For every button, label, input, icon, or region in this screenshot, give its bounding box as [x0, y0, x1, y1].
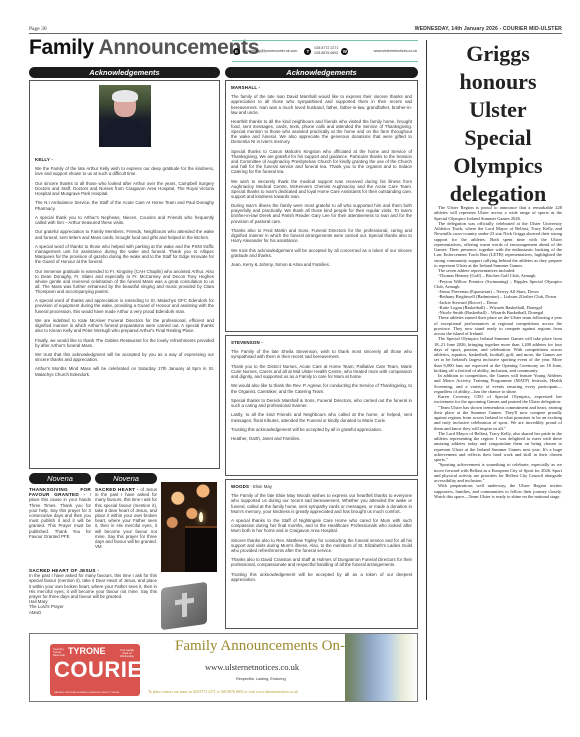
- stevenson-paragraph: Lastly, to all the kind Friends and Neig…: [231, 412, 412, 422]
- story-paragraph: With preparations well underway, the Uls…: [434, 483, 562, 499]
- page-number: Page 30: [29, 26, 47, 32]
- marshall-paragraph: We trust this acknowledgement will be ac…: [231, 248, 412, 258]
- story-paragraph: The Special Olympics Ireland Summer Game…: [434, 336, 562, 373]
- story-body: The Ulster Region is proud to announce t…: [434, 205, 562, 499]
- novena-thanksgiving: THANKSGIVING FOR FAVOUR GRANTED - I plac…: [29, 487, 91, 539]
- tyrone-courier-logo: Covering Tyrone News Hub TYRONE Your wee…: [50, 644, 140, 696]
- woods-subheading: - Elsie May: [249, 484, 272, 489]
- story-paragraph: These athletes earned their place on the…: [434, 315, 562, 336]
- website-link[interactable]: www.ulsternetnotices.co.uk: [374, 49, 417, 53]
- top-rule-left: [29, 33, 320, 34]
- kelly-paragraph: Our sincere thanks to all those who look…: [35, 181, 214, 196]
- logo-tagline: LARGEST CIRCULATION WEEKLY PAPER IN COUN…: [54, 692, 119, 694]
- phone-numbers: 028 8772 2271 028 8676 6692: [314, 46, 338, 55]
- novena-thanksgiving-body: I place this cause in your hands Three T…: [29, 492, 91, 539]
- advert-contact: To place contact our team on 028 8772 22…: [148, 690, 298, 694]
- woods-paragraph: Thanks also to David Cranston and Staff …: [231, 557, 412, 567]
- kelly-paragraph: Arthur's Months Mind Mass will be celebr…: [35, 366, 214, 376]
- stevenson-paragraph: Thank you to the District Nurses, Acute …: [231, 364, 412, 379]
- marshall-notice: MARSHALL - The family of the late Ivan D…: [225, 80, 418, 332]
- story-paragraph: The Lord Mayor of Belfast, Tracy Kelly, …: [434, 431, 562, 463]
- title-family: Family: [29, 36, 94, 59]
- stevenson-paragraph: The Family of the late Sheila Stevenson,…: [231, 349, 412, 359]
- woods-paragraph: The Family of the late Elsie May Woods w…: [231, 493, 412, 513]
- novena-sacred-heart-body: of Jesus in the past I have asked for ma…: [95, 487, 157, 549]
- woods-heading: WOODS: [231, 484, 249, 489]
- kelly-paragraph: We are indebted to Kate McAleer Funeral …: [35, 318, 214, 333]
- story-paragraph: -Bethany Brightwell (Badminton) – Lisbur…: [434, 294, 562, 299]
- kelly-paragraph: Our immense gratitude is extended to Fr.…: [35, 269, 214, 294]
- woods-notice: WOODS - Elsie May The Family of the late…: [225, 479, 418, 629]
- kelly-paragraph: Our grateful appreciation to Family Memb…: [35, 229, 214, 239]
- sacred-heart-prayer-body: In the past I have asked for many favour…: [29, 573, 157, 599]
- advert-photo: [345, 634, 417, 702]
- logo-small-left: Covering Tyrone News Hub: [53, 648, 67, 657]
- email-link[interactable]: advertising@tyronecourier.uk.com: [243, 49, 297, 53]
- web-icon: W: [341, 48, 348, 55]
- stevenson-paragraph: Trusting this acknowledgement will be ac…: [231, 427, 412, 432]
- stevenson-paragraph: Heather, Garth, Janet and Families.: [231, 436, 412, 441]
- story-paragraph: Karen Coventry, CEO of Special Olympics,…: [434, 394, 562, 405]
- kelly-paragraph: A special thank you to Arthur's Nephews,…: [35, 215, 214, 225]
- page-title: Family Announcements: [29, 36, 259, 60]
- stevenson-notice: STEVENSON - The Family of the late Sheil…: [225, 335, 418, 476]
- section-header-acknowledgements-middle: Acknowledgements: [225, 67, 418, 78]
- woods-paragraph: Sincere thanks also to Rev. Matthew Topl…: [231, 538, 412, 553]
- marshall-paragraph: Thanks also to Fred Martin and Sons, Fun…: [231, 228, 412, 243]
- advert-headline: Family Announcements On-line: [175, 638, 367, 655]
- kelly-paragraph: We the Family of the late Arthur Kelly w…: [35, 166, 214, 176]
- story-paragraph: "Team Ulster has shown tremendous commit…: [434, 405, 562, 431]
- email-icon: E: [233, 48, 240, 55]
- marshall-paragraph: Special thanks to Canon Malcolm Kingston…: [231, 149, 412, 174]
- kelly-paragraph: A special word of thanks and appreciatio…: [35, 298, 214, 313]
- kelly-paragraph: We trust that this acknowledgment will b…: [35, 352, 214, 362]
- marshall-heading: MARSHALL -: [231, 85, 412, 90]
- story-paragraph: The delegation was officially celebrated…: [434, 221, 562, 268]
- story-paragraph: In addition to competition, the Games wi…: [434, 373, 562, 394]
- story-headline: Griggs honours Ulster Special Olympics d…: [434, 40, 562, 208]
- logo-courier: COURIER: [54, 657, 159, 683]
- dateline: WEDNESDAY, 14th January 2026 - COURIER M…: [415, 26, 562, 32]
- marshall-paragraph: We wish to sincerely thank the medical s…: [231, 179, 412, 199]
- top-rule-right: [320, 33, 562, 34]
- kelly-paragraph: The N.I Ambulance Service, the Staff of …: [35, 200, 214, 210]
- sacred-heart-prayer: SACRED HEART OF JESUS - In the past I ha…: [29, 568, 157, 615]
- story-paragraph: The Ulster Region is proud to announce t…: [434, 205, 562, 221]
- woods-paragraph: A special thanks to the Staff of Nightin…: [231, 518, 412, 533]
- candle-image: [161, 482, 217, 572]
- kelly-heading: KELLY -: [35, 157, 214, 162]
- portrait-photo: [99, 85, 151, 147]
- column-divider: [426, 40, 427, 700]
- marshall-paragraph: The family of the late Ivan David Marsha…: [231, 94, 412, 114]
- story-paragraph: "Sporting achievement is something to ce…: [434, 462, 562, 483]
- stevenson-heading: STEVENSON -: [231, 340, 412, 345]
- stevenson-paragraph: Special thanks to Dereck Marshall & Sons…: [231, 398, 412, 408]
- advert-url[interactable]: www.ulsternetnotices.co.uk: [205, 662, 299, 672]
- advert-tagline: Respectful, Lasting, Enduring: [236, 677, 286, 681]
- bible-icon: [161, 582, 207, 630]
- prayer-line: AMoG: [29, 610, 157, 615]
- section-header-acknowledgements-left: Acknowledgements: [29, 67, 220, 78]
- story-paragraph: -Peyton Willow Prentice (Swimming) – Rip…: [434, 279, 562, 290]
- marshall-paragraph: During Ivan's illness the family were mo…: [231, 203, 412, 223]
- woods-paragraph: Trusting this acknowledgement will be ac…: [231, 572, 412, 582]
- kelly-paragraph: Finally, we would like to thank The Gabl…: [35, 338, 214, 348]
- stevenson-paragraph: We would also like to thank the Rev. P. …: [231, 383, 412, 393]
- novena-header-1: Novena: [29, 473, 91, 484]
- marshall-paragraph: Jean, Kerry & Johnny, Simon & Alma and F…: [231, 262, 412, 267]
- online-announcements-advert[interactable]: Covering Tyrone News Hub TYRONE Your wee…: [29, 633, 418, 702]
- novena-thanksgiving-heading: THANKSGIVING FOR FAVOUR GRANTED -: [29, 487, 91, 497]
- phone-icon: T: [304, 48, 311, 55]
- kelly-paragraph: A special word of thanks to those who he…: [35, 244, 214, 264]
- marshall-paragraph: Heartfelt thanks to all the kind neighbo…: [231, 119, 412, 144]
- novena-sacred-heart: SACRED HEART - of Jesus in the past I ha…: [95, 487, 157, 549]
- logo-tyrone: TYRONE: [68, 646, 106, 656]
- contact-bar: E advertising@tyronecourier.uk.com T 028…: [232, 40, 418, 62]
- phone-2: 028 8676 6692: [314, 51, 338, 56]
- novena-header-2: Novena: [95, 473, 157, 484]
- kelly-notice: KELLY - We the Family of the late Arthur…: [29, 80, 220, 469]
